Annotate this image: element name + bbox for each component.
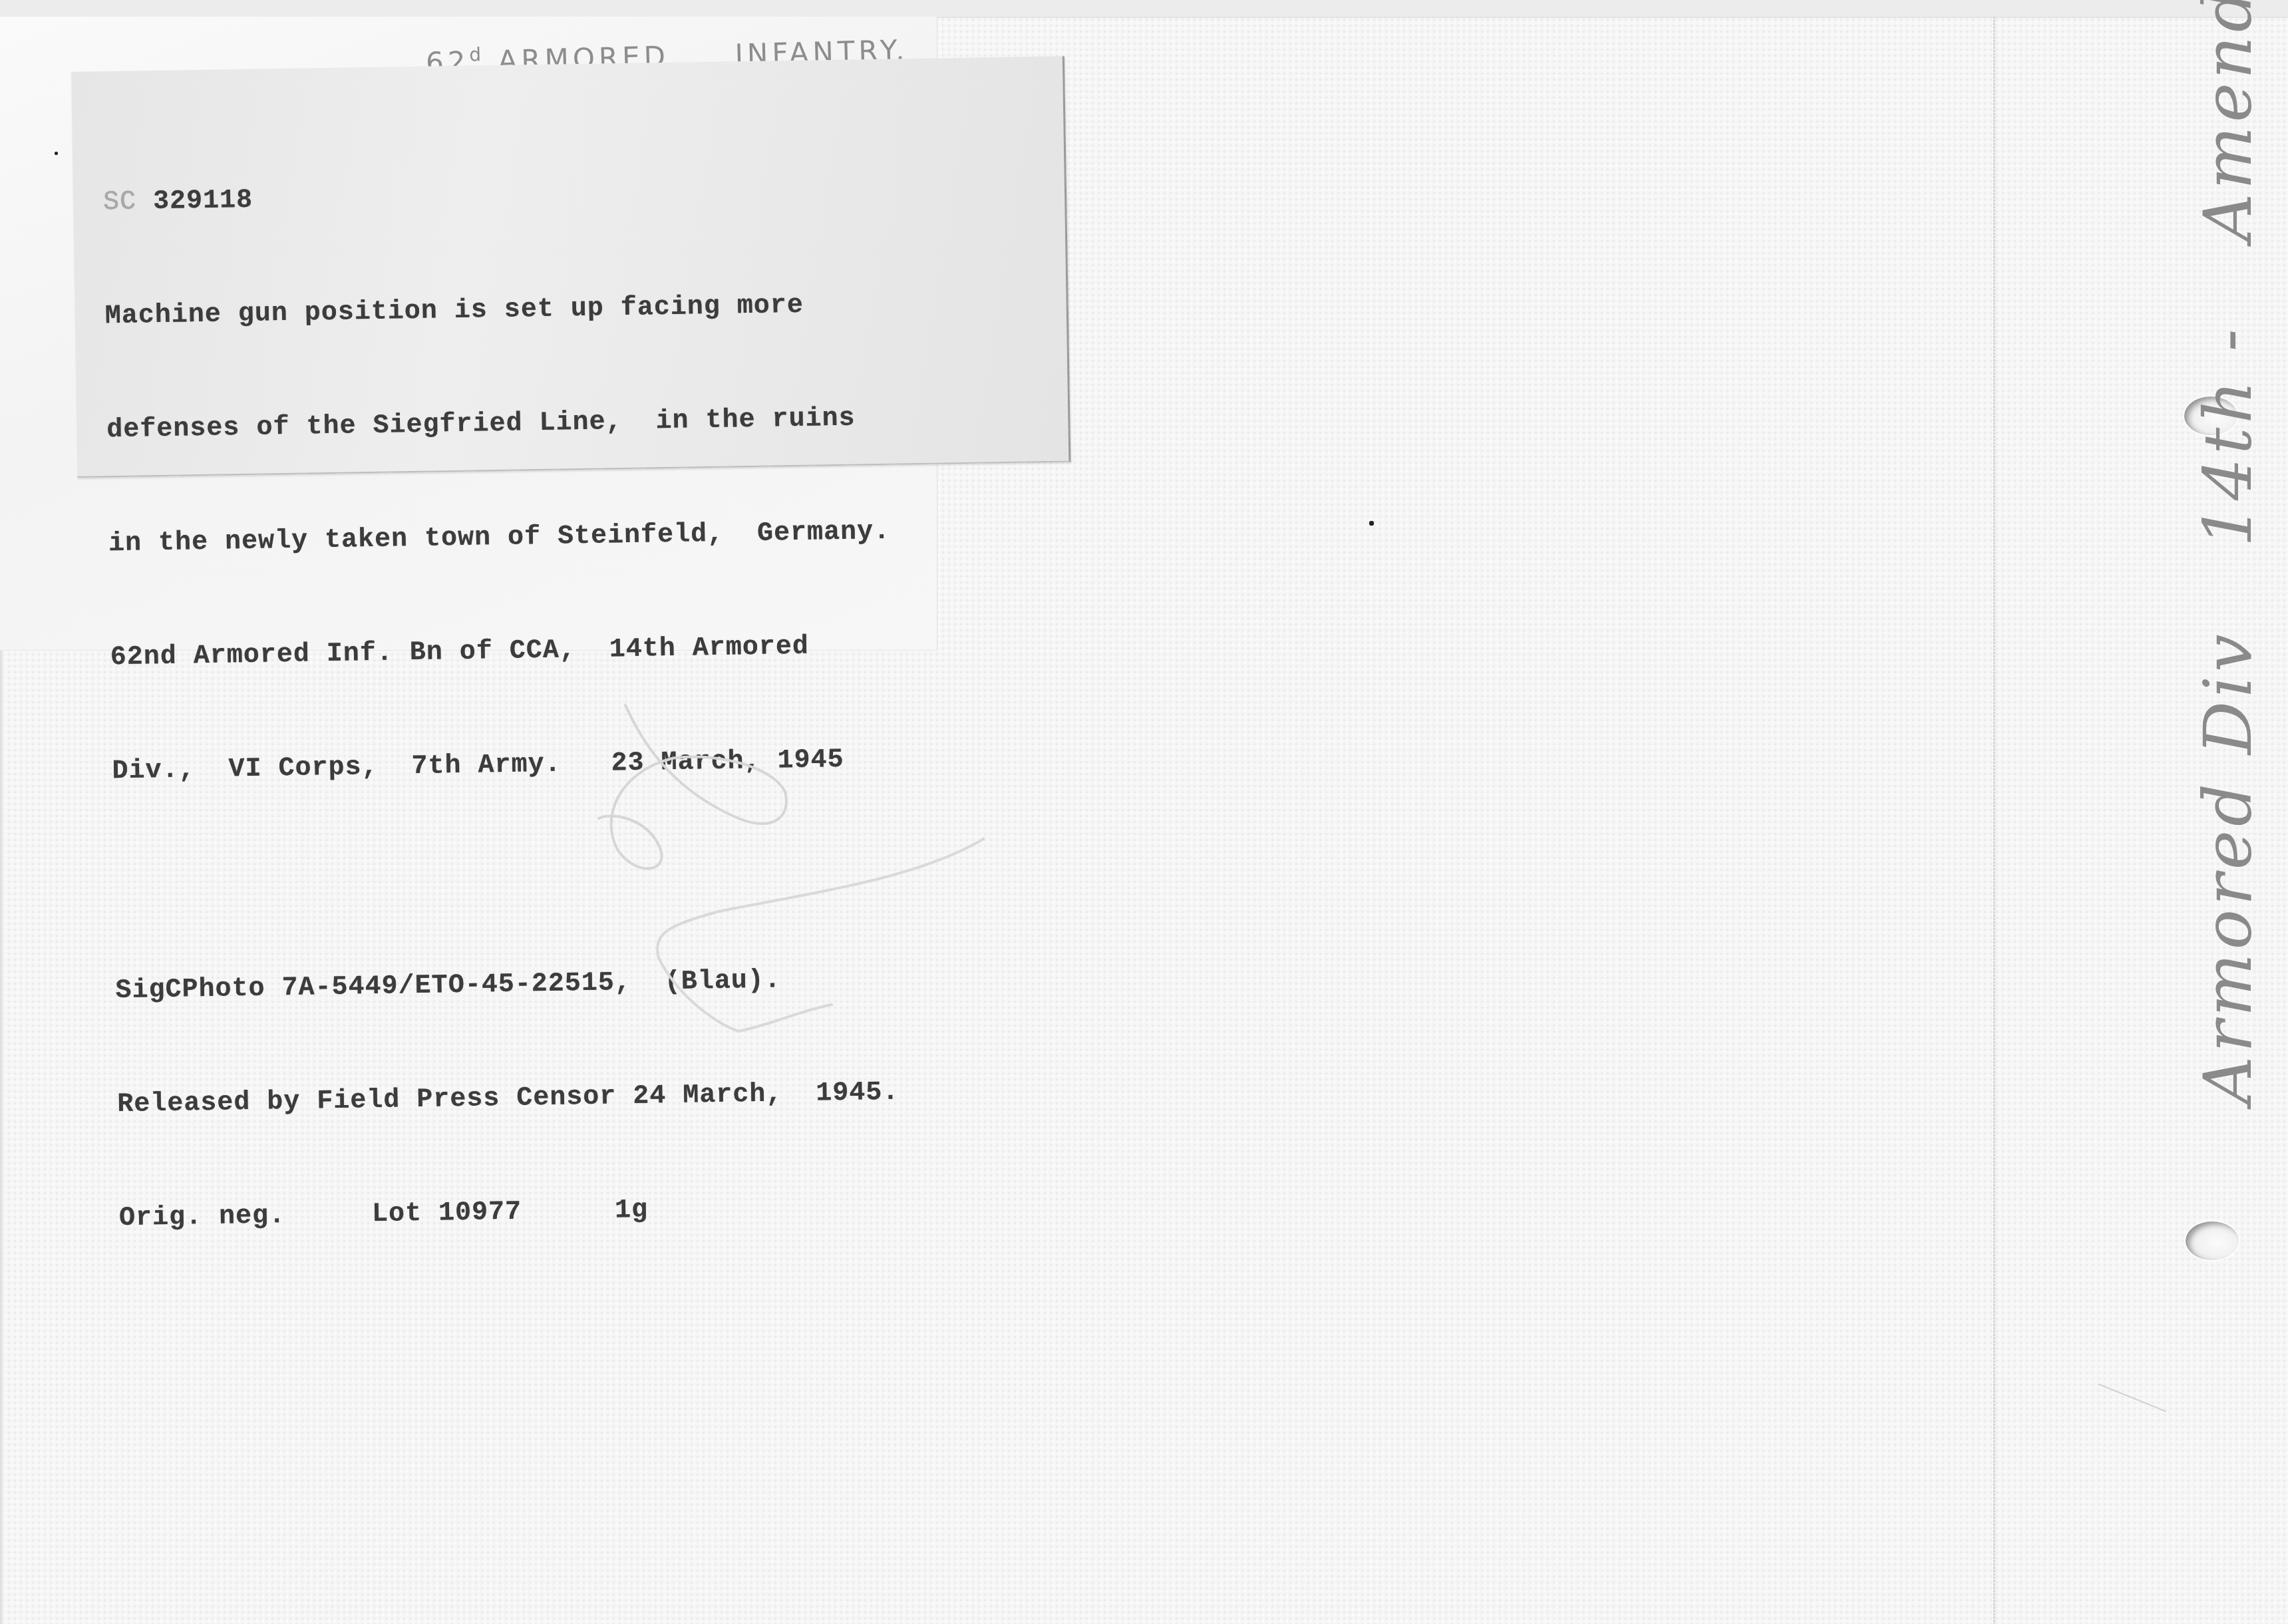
caption-line: defenses of the Siegfried Line, in the r…	[106, 399, 889, 449]
lot-number: Lot 10977	[372, 1194, 522, 1234]
caption-label: SC 329118 Machine gun position is set up…	[71, 57, 1070, 478]
speck	[1369, 521, 1374, 526]
negative-label: Orig. neg.	[119, 1201, 286, 1233]
release-line: Released by Field Press Censor 24 March,…	[117, 1074, 899, 1124]
caption-number: 329118	[153, 186, 253, 217]
margin-note-part2: 14th -	[2189, 325, 2267, 547]
caption-line: 62nd Armored Inf. Bn of CCA, 14th Armore…	[110, 627, 892, 677]
pencil-ordinal-suffix: d	[469, 43, 486, 66]
caption-id-line: SC 329118	[103, 172, 886, 222]
margin-handwriting: Armored Div 14th - Amended	[2189, 0, 2267, 1104]
caption-line: in the newly taken town of Steinfeld, Ge…	[108, 513, 891, 563]
punch-hole-icon	[2186, 1221, 2239, 1260]
margin-note-part3: Amended	[2189, 0, 2267, 242]
margin-note-part1: Armored Div	[2189, 631, 2267, 1104]
fold-line	[1993, 17, 1995, 1624]
scanned-document: 62d ARMORED INFANTRY. SC 329118 Machine …	[0, 0, 2288, 1624]
photo-reference: SigCPhoto 7A-5449/ETO-45-22515, (Blau).	[115, 960, 898, 1010]
caption-text: SC 329118 Machine gun position is set up…	[102, 96, 903, 1313]
file-code: 1g	[615, 1192, 649, 1230]
negative-line: Orig. neg.Lot 109771g	[119, 1188, 901, 1237]
caption-line: Machine gun position is set up facing mo…	[104, 285, 887, 335]
caption-line: Div., VI Corps, 7th Army. 23 March, 1945	[112, 740, 894, 790]
speck	[55, 152, 58, 155]
caption-prefix: SC	[103, 187, 137, 218]
